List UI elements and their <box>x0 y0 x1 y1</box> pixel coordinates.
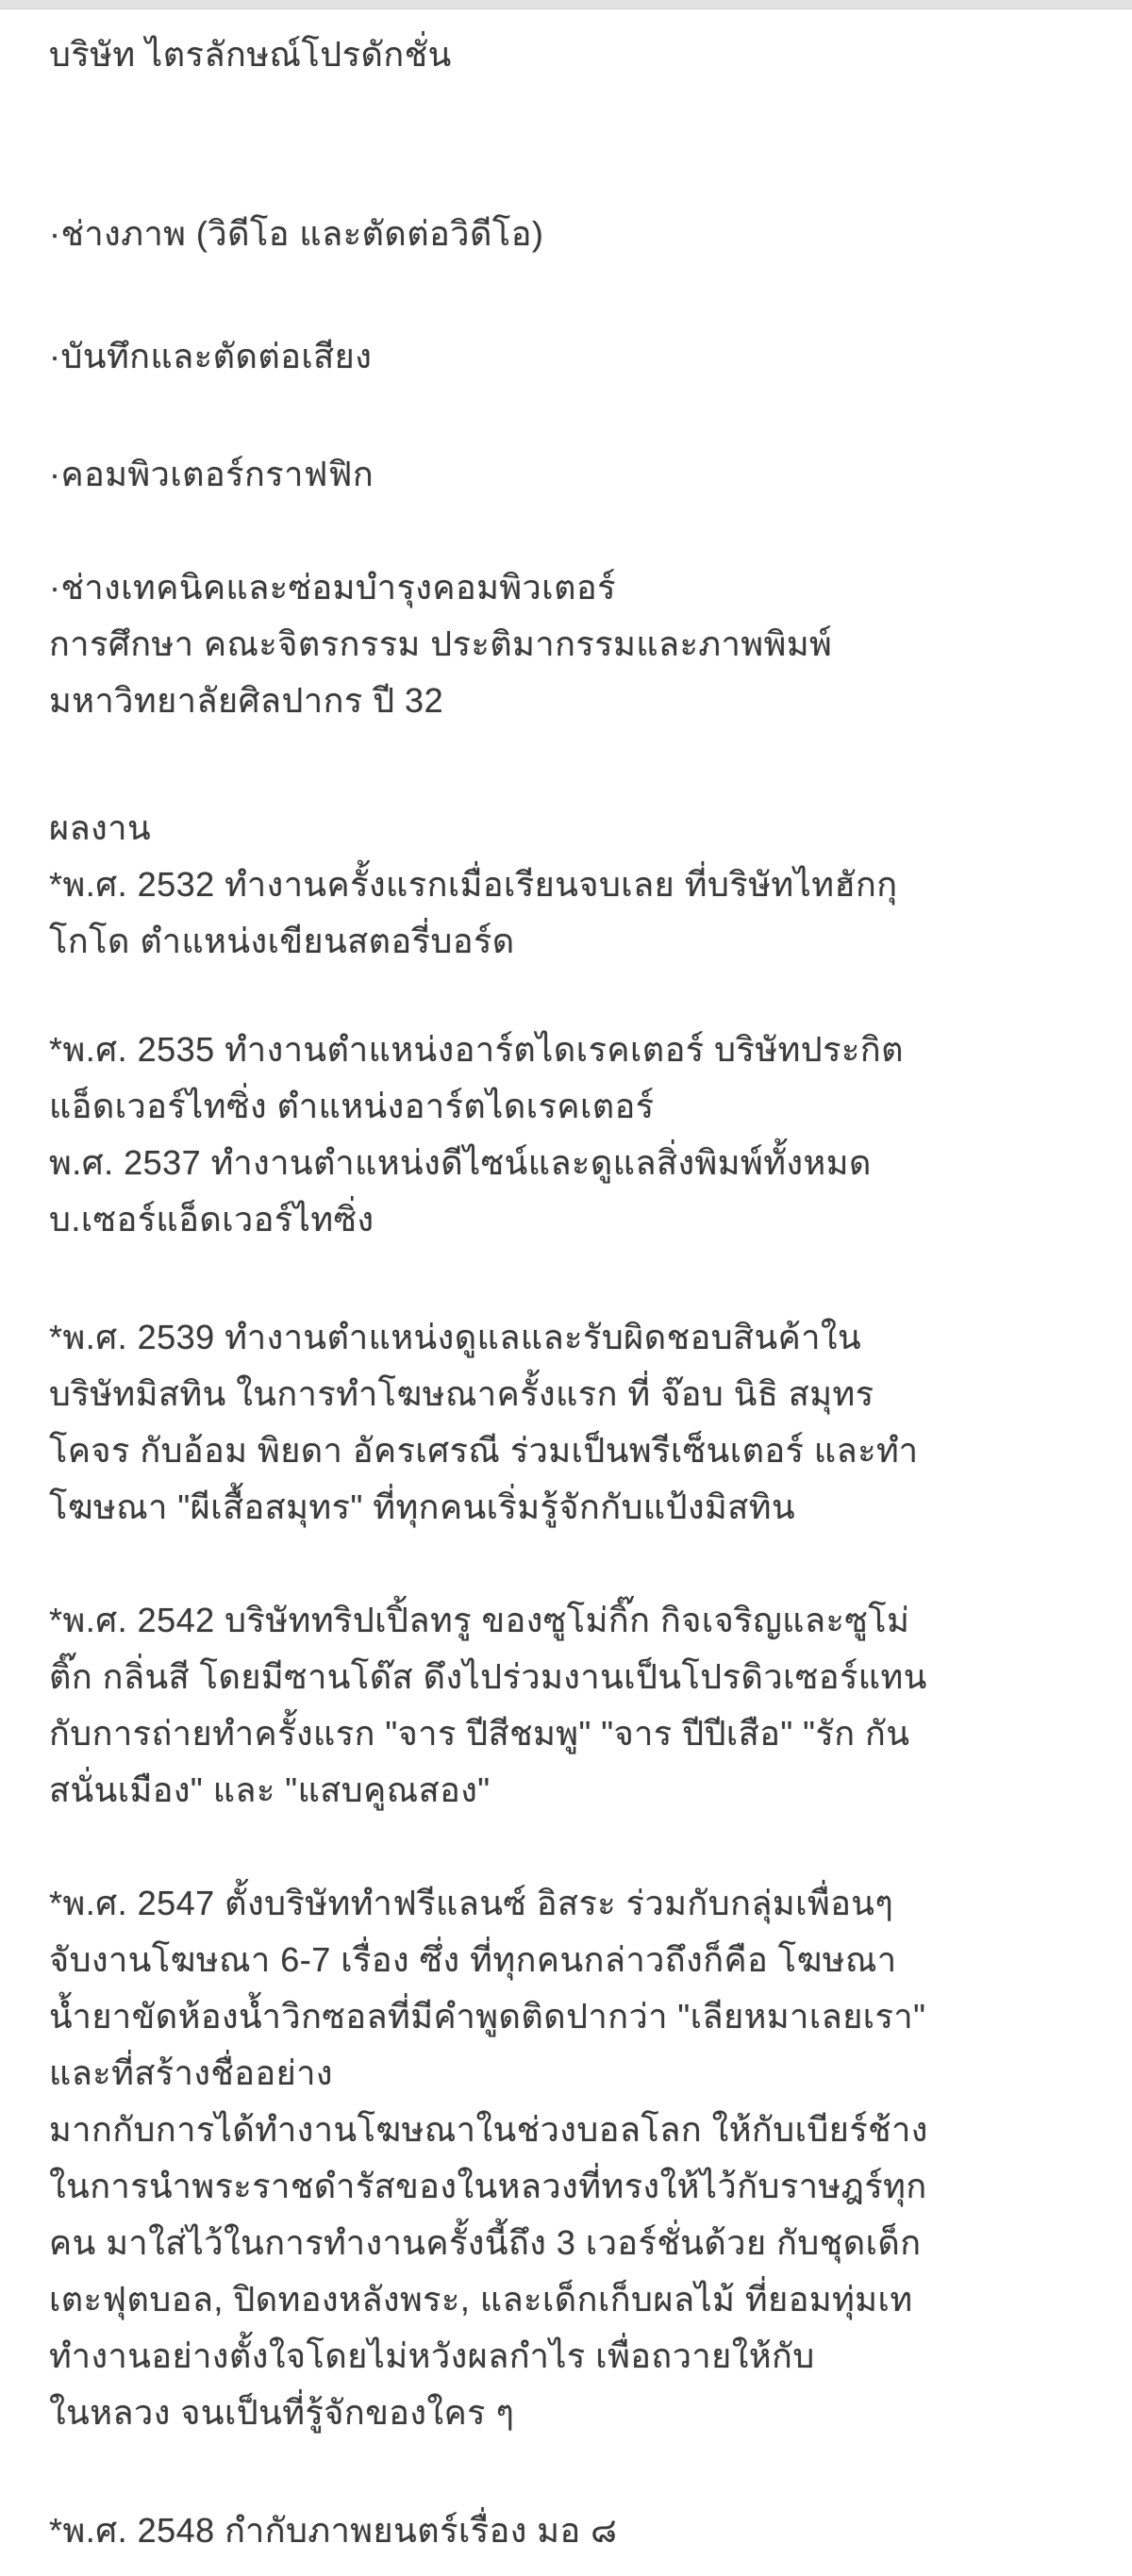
text-line: ติ๊ก กลิ่นสี โดยมีซานโด๊ส ดึงไปร่วมงานเป… <box>49 1649 1106 1705</box>
text-line: มากกับการได้ทำงานโฆษณาในช่วงบอลโลก ให้กั… <box>49 2102 1106 2158</box>
text-line: และที่สร้างชื่ออย่าง <box>49 2045 1106 2102</box>
text-line: น้ำยาขัดห้องน้ำวิกซอลที่มีคำพูดติดปากว่า… <box>49 1988 1106 2045</box>
skill-bullet-photography: ·ช่างภาพ (วิดีโอ และตัดต่อวิดีโอ) <box>49 206 1106 262</box>
works-heading-and-year-2532: ผลงาน *พ.ศ. 2532 ทำงานครั้งแรกเมื่อเรียน… <box>49 800 1106 970</box>
works-year-2547: *พ.ศ. 2547 ตั้งบริษัททำฟรีแลนซ์ อิสระ ร่… <box>49 1875 1106 2441</box>
document-body: บริษัท ไตรลักษณ์โปรดักชั่น ·ช่างภาพ (วิด… <box>0 26 1132 2559</box>
text-line: แอ็ดเวอร์ไทซิ่ง ตำแหน่งอาร์ตไดเรคเตอร์ <box>49 1078 1106 1135</box>
text-line: *พ.ศ. 2548 กำกับภาพยนตร์เรื่อง มอ ๘ <box>49 2502 1106 2559</box>
text-line: โคจร กับอ้อม พิยดา อัครเศรณี ร่วมเป็นพรี… <box>49 1422 1106 1479</box>
text-line: พ.ศ. 2537 ทำงานตำแหน่งดีไซน์และดูแลสิ่งพ… <box>49 1135 1106 1191</box>
page-title: บริษัท ไตรลักษณ์โปรดักชั่น <box>49 26 1106 83</box>
skill-bullet-audio: ·บันทึกและตัดต่อเสียง <box>49 328 1106 385</box>
works-year-2539: *พ.ศ. 2539 ทำงานตำแหน่งดูแลและรับผิดชอบส… <box>49 1309 1106 1536</box>
works-year-2542: *พ.ศ. 2542 บริษัททริปเปิ้ลทรู ของซูโม่กิ… <box>49 1592 1106 1819</box>
text-line: ·ช่างเทคนิคและซ่อมบำรุงคอมพิวเตอร์ <box>49 559 1106 616</box>
skill-bullet-graphics: ·คอมพิวเตอร์กราฟฟิก <box>49 446 1106 503</box>
text-line: *พ.ศ. 2542 บริษัททริปเปิ้ลทรู ของซูโม่กิ… <box>49 1592 1106 1649</box>
works-year-2535-2537: *พ.ศ. 2535 ทำงานตำแหน่งอาร์ตไดเรคเตอร์ บ… <box>49 1022 1106 1248</box>
text-line: ในหลวง จนเป็นที่รู้จักของใคร ๆ <box>49 2385 1106 2441</box>
skill-bullet-technician-and-education: ·ช่างเทคนิคและซ่อมบำรุงคอมพิวเตอร์ การศึ… <box>49 559 1106 729</box>
education-line: มหาวิทยาลัยศิลปากร ปี 32 <box>49 673 1106 729</box>
text-line: *พ.ศ. 2547 ตั้งบริษัททำฟรีแลนซ์ อิสระ ร่… <box>49 1875 1106 1932</box>
text-line: โกโด ตำแหน่งเขียนสตอรี่บอร์ด <box>49 913 1106 970</box>
text-line: ทำงานอย่างตั้งใจโดยไม่หวังผลกำไร เพื่อถว… <box>49 2328 1106 2385</box>
text-line: จับงานโฆษณา 6-7 เรื่อง ซึ่ง ที่ทุกคนกล่า… <box>49 1932 1106 1988</box>
text-line: *พ.ศ. 2532 ทำงานครั้งแรกเมื่อเรียนจบเลย … <box>49 856 1106 913</box>
text-line: โฆษณา "ผีเสื้อสมุทร" ที่ทุกคนเริ่มรู้จัก… <box>49 1479 1106 1536</box>
works-year-2548: *พ.ศ. 2548 กำกับภาพยนตร์เรื่อง มอ ๘ <box>49 2502 1106 2559</box>
text-line: *พ.ศ. 2535 ทำงานตำแหน่งอาร์ตไดเรคเตอร์ บ… <box>49 1022 1106 1078</box>
education-line: การศึกษา คณะจิตรกรรม ประติมากรรมและภาพพิ… <box>49 616 1106 673</box>
works-heading: ผลงาน <box>49 800 1106 856</box>
text-line: ·ช่างภาพ (วิดีโอ และตัดต่อวิดีโอ) <box>49 206 1106 262</box>
text-line: คน มาใส่ไว้ในการทำงานครั้งนี้ถึง 3 เวอร์… <box>49 2215 1106 2271</box>
text-line: บริษัทมิสทิน ในการทำโฆษณาครั้งแรก ที่ จ๊… <box>49 1366 1106 1422</box>
text-line: ·คอมพิวเตอร์กราฟฟิก <box>49 446 1106 503</box>
window-top-strip <box>0 0 1132 9</box>
text-line: ·บันทึกและตัดต่อเสียง <box>49 328 1106 385</box>
text-line: *พ.ศ. 2539 ทำงานตำแหน่งดูแลและรับผิดชอบส… <box>49 1309 1106 1366</box>
company-title-block: บริษัท ไตรลักษณ์โปรดักชั่น <box>49 26 1106 83</box>
text-line: บ.เซอร์แอ็ดเวอร์ไทซิ่ง <box>49 1191 1106 1248</box>
text-line: สนั่นเมือง" และ "แสบคูณสอง" <box>49 1762 1106 1819</box>
text-line: ในการนำพระราชดำรัสของในหลวงที่ทรงให้ไว้ก… <box>49 2158 1106 2215</box>
text-line: เตะฟุตบอล, ปิดทองหลังพระ, และเด็กเก็บผลไ… <box>49 2271 1106 2328</box>
text-line: กับการถ่ายทำครั้งแรก "จาร ปีสีชมพู" "จาร… <box>49 1705 1106 1762</box>
